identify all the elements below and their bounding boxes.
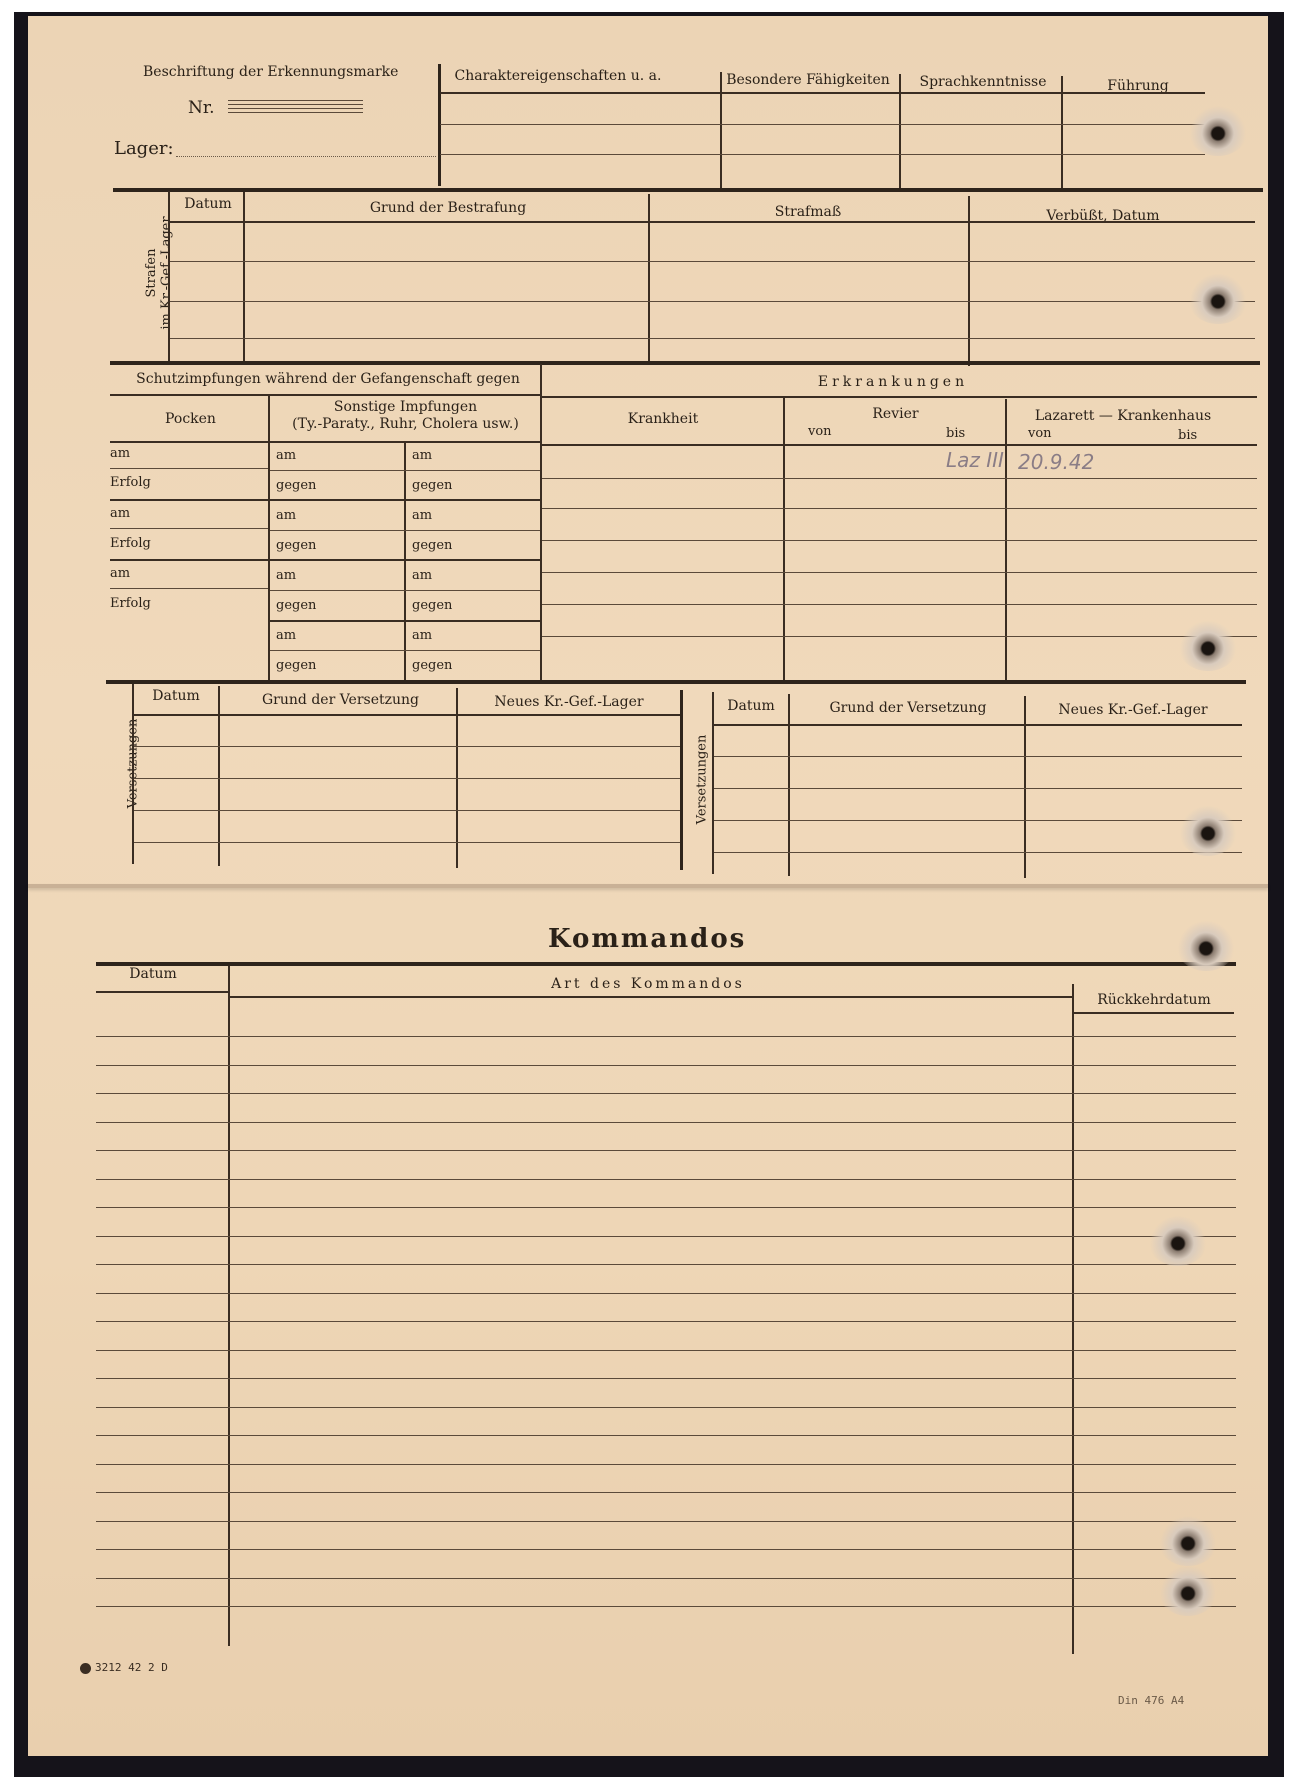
strafen-row-line: [170, 338, 1255, 339]
kommandos-col-datum: Datum: [98, 966, 208, 982]
kommandos-row-line: [96, 1521, 1236, 1522]
sonstige-gegen-2b: gegen: [412, 538, 452, 553]
sonstige-am-1b: am: [412, 448, 432, 463]
form-sheet: Beschriftung der Erkennungsmarke Nr. Lag…: [28, 16, 1268, 1756]
punch-hole: [1188, 274, 1248, 324]
kommandos-row-line: [96, 1036, 1236, 1037]
sonstige-gegen-3a: gegen: [276, 598, 316, 613]
punch-hole: [1188, 106, 1248, 156]
sonstige-am-3a: am: [276, 568, 296, 583]
lazarett-bis: bis: [1178, 428, 1197, 443]
printer-mark-icon: [80, 1663, 91, 1674]
sonstige-gegen-1b: gegen: [412, 478, 452, 493]
vers-right-lager: Neues Kr.-Gef.-Lager: [1028, 702, 1238, 718]
versetzungen-right-label: Versetzungen: [695, 720, 710, 840]
vers-left-datum: Datum: [136, 688, 216, 704]
punch-hole: [1178, 621, 1238, 671]
lager-field[interactable]: [176, 156, 436, 157]
lager-label: Lager:: [114, 138, 174, 159]
sonstige-am-4a: am: [276, 628, 296, 643]
pocken-erfolg-3: Erfolg: [110, 596, 151, 611]
revier-header: Revier: [788, 406, 1003, 422]
lazarett-header: Lazarett — Krankenhaus: [1008, 408, 1238, 424]
top-row-line: [440, 154, 1205, 155]
top-row-line: [440, 124, 1205, 125]
id-heading: Beschriftung der Erkennungsmarke: [143, 64, 383, 80]
sonstige-gegen-1a: gegen: [276, 478, 316, 493]
pocken-am-3: am: [110, 566, 130, 581]
kommandos-row-line: [96, 1407, 1236, 1408]
handwritten-date: 20.9.42: [1018, 450, 1094, 474]
erkr-row-line: [542, 604, 1257, 605]
kommandos-row-line: [96, 1207, 1236, 1208]
pocken-am-2: am: [110, 506, 130, 521]
kommandos-row-line: [96, 1578, 1236, 1579]
nr-field[interactable]: [228, 96, 363, 116]
sonstige-am-2a: am: [276, 508, 296, 523]
kommandos-row-line: [96, 1293, 1236, 1294]
sonstige-am-4b: am: [412, 628, 432, 643]
punch-hole: [1158, 1516, 1218, 1566]
col-sprachkenntnisse: Sprachkenntnisse: [903, 74, 1063, 90]
kommandos-col-art: Art des Kommandos: [228, 976, 1068, 992]
punch-hole: [1158, 1566, 1218, 1616]
kommandos-row-line: [96, 1065, 1236, 1066]
kommandos-row-line: [96, 1236, 1236, 1237]
erkrankungen-heading: Erkrankungen: [543, 374, 1243, 390]
punch-hole: [1148, 1216, 1208, 1266]
print-code: 3212 42 2 D: [80, 1661, 168, 1674]
kommandos-row-line: [96, 1606, 1236, 1607]
pocken-erfolg-1: Erfolg: [110, 475, 151, 490]
kommandos-row-line: [96, 1093, 1236, 1094]
kommandos-row-line: [96, 1492, 1236, 1493]
vers-right-datum: Datum: [716, 698, 786, 714]
kommandos-row-line: [96, 1321, 1236, 1322]
strafen-row-line: [170, 301, 1255, 302]
strafen-row-line: [170, 261, 1255, 262]
kommandos-row-line: [96, 1464, 1236, 1465]
col-charakter: Charaktereigenschaften u. a.: [448, 68, 668, 84]
din-format: Din 476 A4: [1118, 1694, 1184, 1707]
vers-left-grund: Grund der Versetzung: [223, 692, 458, 708]
kommandos-row-line: [96, 1122, 1236, 1123]
sonstige-gegen-4a: gegen: [276, 658, 316, 673]
pocken-erfolg-2: Erfolg: [110, 536, 151, 551]
sonstige-gegen-3b: gegen: [412, 598, 452, 613]
strafen-col-grund: Grund der Bestrafung: [248, 200, 648, 216]
vers-right-grund: Grund der Versetzung: [793, 700, 1023, 716]
strafen-col-datum: Datum: [173, 196, 243, 212]
sonstige-header-1: Sonstige Impfungen: [273, 399, 538, 415]
punch-hole: [1176, 921, 1236, 971]
sonstige-gegen-2a: gegen: [276, 538, 316, 553]
erkr-row-line: [542, 478, 1257, 479]
erkr-row-line: [542, 508, 1257, 509]
pocken-header: Pocken: [113, 411, 268, 427]
impfungen-heading: Schutzimpfungen während der Gefangenscha…: [118, 371, 538, 387]
kommandos-row-line: [96, 1378, 1236, 1379]
vers-left-lager: Neues Kr.-Gef.-Lager: [460, 694, 678, 710]
kommandos-row-line: [96, 1435, 1236, 1436]
krankheit-header: Krankheit: [543, 411, 783, 427]
handwritten-laz: Laz III: [946, 448, 1004, 472]
strafen-col-strafmass: Strafmaß: [653, 204, 963, 220]
kommandos-row-line: [96, 1264, 1236, 1265]
revier-bis: bis: [946, 426, 965, 441]
kommandos-col-rueckkehr: Rückkehrdatum: [1074, 992, 1234, 1008]
lazarett-von: von: [1028, 426, 1052, 441]
kommandos-row-line: [96, 1549, 1236, 1550]
sonstige-gegen-4b: gegen: [412, 658, 452, 673]
erkr-row-line: [542, 572, 1257, 573]
sonstige-am-3b: am: [412, 568, 432, 583]
nr-label: Nr.: [188, 98, 215, 118]
kommandos-row-line: [96, 1150, 1236, 1151]
revier-von: von: [808, 424, 832, 439]
kommandos-row-line: [96, 1350, 1236, 1351]
erkr-row-line: [542, 540, 1257, 541]
sonstige-header-2: (Ty.-Paraty., Ruhr, Cholera usw.): [273, 416, 538, 432]
punch-hole: [1178, 806, 1238, 856]
sonstige-am-1a: am: [276, 448, 296, 463]
col-faehigkeiten: Besondere Fähigkeiten: [723, 72, 893, 88]
kommandos-title: Kommandos: [548, 924, 746, 954]
kommandos-row-line: [96, 1179, 1236, 1180]
pocken-am-1: am: [110, 446, 130, 461]
paper-fold: [28, 884, 1268, 888]
erkr-row-line: [542, 636, 1257, 637]
sonstige-am-2b: am: [412, 508, 432, 523]
